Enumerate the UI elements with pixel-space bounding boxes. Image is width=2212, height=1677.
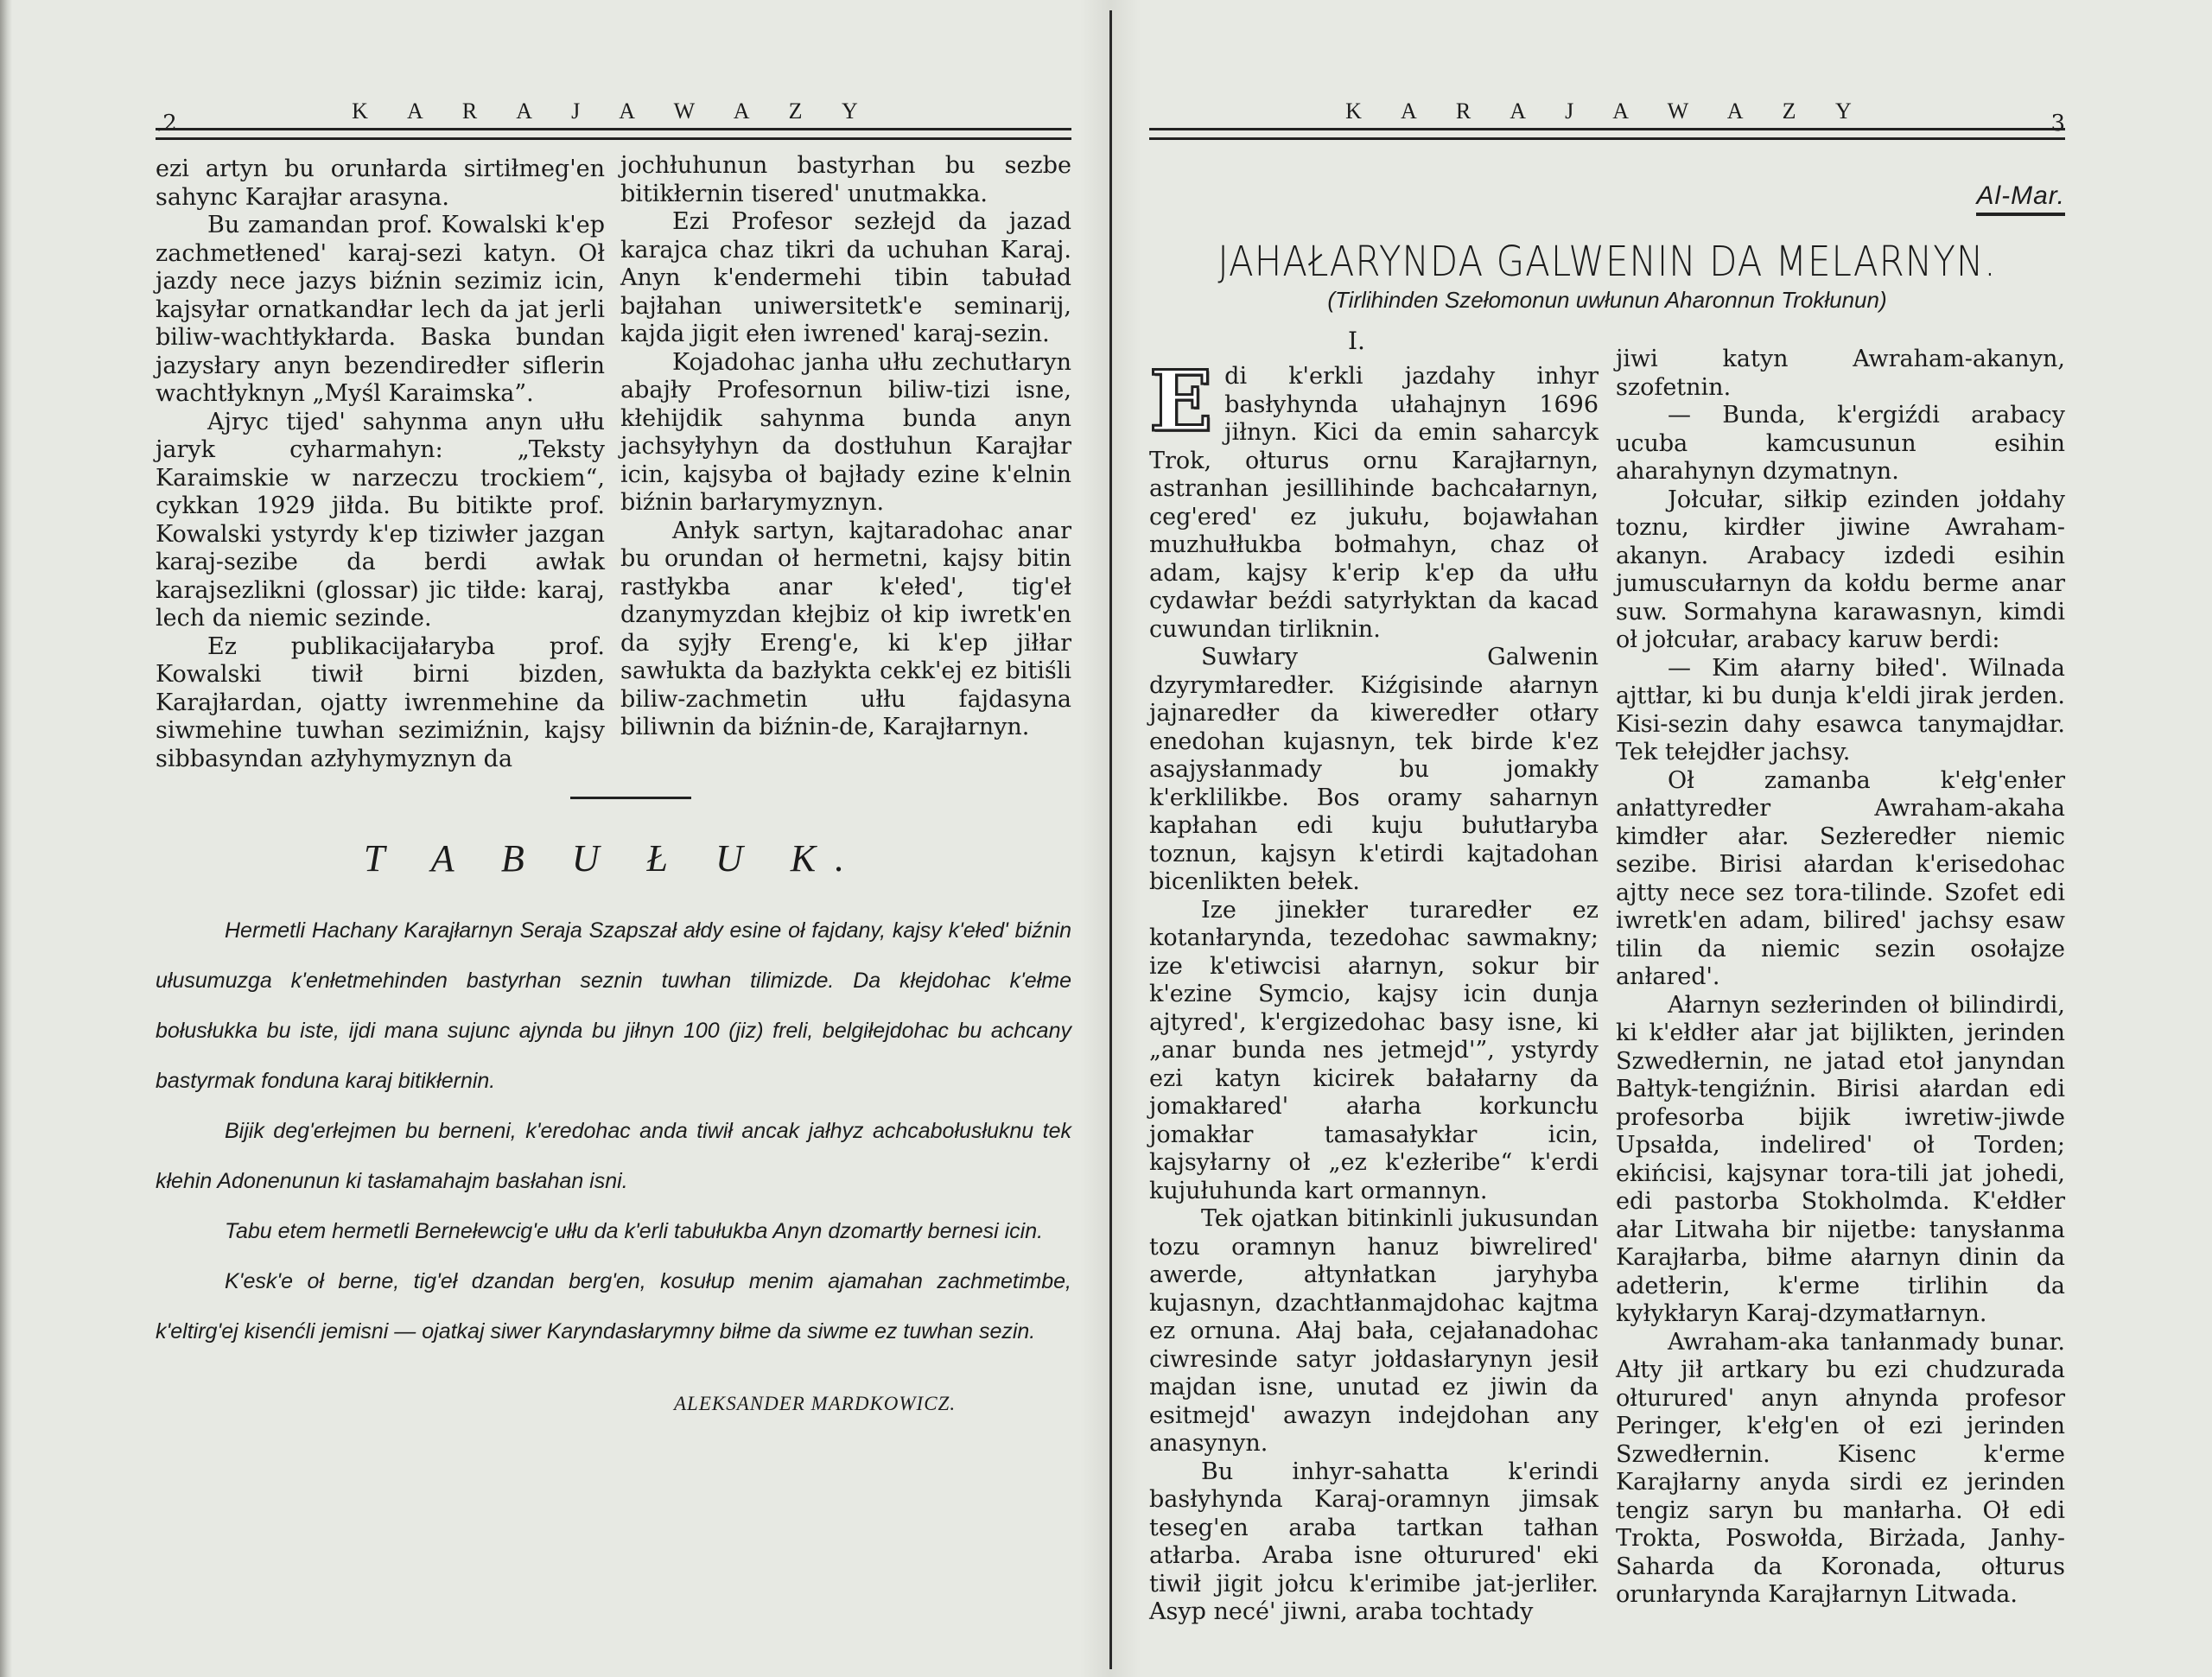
paragraph: Awraham-aka tanłanmady bunar. Ałty jił a… (1616, 1329, 2065, 1610)
paragraph: Edi k'erkli jazdahy inhyr basłyhynda uła… (1149, 363, 1599, 644)
tabuluk-body: Hermetli Hachany Karajłarnyn Seraja Szap… (156, 905, 1071, 1356)
article-title: JAHAŁARYNDA GALWENIN DA MELARNYN. (1149, 237, 2065, 285)
paragraph: Bu inhyr-sahatta k'erindi basłyhynda Kar… (1149, 1458, 1599, 1627)
page-right: K A R A J A W A Z Y 3 Al-Mar. JAHAŁARYND… (1149, 0, 2065, 1677)
header-double-rule (1149, 128, 2065, 140)
column-left-2: jochłuhunun bastyrhan bu sezbe bitikłern… (620, 152, 1071, 742)
paragraph: Jołcułar, siłkip ezinden jołdahy toznu, … (1616, 486, 2065, 655)
paragraph: jiwi katyn Awraham-akanyn, szofetnin. (1616, 346, 2065, 402)
tabuluk-heading: T A B U Ł U K. (156, 836, 1071, 880)
paragraph: Ez publikacijałaryba prof. Kowalski tiwi… (156, 633, 605, 774)
column-right-1: Edi k'erkli jazdahy inhyr basłyhynda uła… (1149, 363, 1599, 1627)
paragraph: Tek ojatkan bitinkinli jukusundan tozu o… (1149, 1205, 1599, 1458)
column-left-1: ezi artyn bu orunłarda sirtiłmeg'en sahy… (156, 156, 605, 773)
paragraph: jochłuhunun bastyrhan bu sezbe bitikłern… (620, 152, 1071, 208)
page-left: .2 K A R A J A W A Z Y ezi artyn bu orun… (156, 0, 1071, 1677)
paragraph: Bu zamandan prof. Kowalski k'ep zachmetł… (156, 212, 605, 409)
paragraph: — Kim ałarny biłed'. Wilnada ajttłar, ki… (1616, 655, 2065, 767)
paragraph: Ałarnyn sezłerinden oł bilindirdi, ki k'… (1616, 992, 2065, 1329)
paragraph: Ezi Profesor sezłejd da jazad karajca ch… (620, 208, 1071, 349)
section-number: I. (1348, 327, 1365, 355)
signature: ALEKSANDER MARDKOWICZ. (674, 1393, 956, 1415)
paragraph: Suwłary Galwenin dzyrymłaredłer. Kiźgisi… (1149, 644, 1599, 897)
page-header: .2 K A R A J A W A Z Y (156, 86, 1071, 138)
magazine-spread: .2 K A R A J A W A Z Y ezi artyn bu orun… (0, 0, 2212, 1677)
tabuluk-paragraph: Hermetli Hachany Karajłarnyn Seraja Szap… (156, 905, 1071, 1106)
tabuluk-paragraph: Tabu etem hermetli Bernełewcig'e ułłu da… (156, 1206, 1071, 1256)
masthead-title: K A R A J A W A Z Y (156, 98, 1071, 124)
masthead-title: K A R A J A W A Z Y (1149, 98, 2065, 124)
page-header: K A R A J A W A Z Y 3 (1149, 86, 2065, 138)
tabuluk-paragraph: Bijik deg'erłejmen bu berneni, k'eredoha… (156, 1106, 1071, 1206)
paragraph: Oł zamanba k'ełg'enłer anłattyredłer Awr… (1616, 767, 2065, 992)
column-right-2: jiwi katyn Awraham-akanyn, szofetnin.— B… (1616, 346, 2065, 1610)
tabuluk-paragraph: K'esk'e oł berne, tig'eł dzandan berg'en… (156, 1256, 1071, 1356)
header-double-rule (156, 128, 1071, 140)
paragraph: Anłyk sartyn, kajtaradohac anar bu orund… (620, 518, 1071, 742)
author-byline: Al-Mar. (1976, 181, 2065, 216)
drop-cap: E (1149, 366, 1212, 437)
spine-line (1109, 10, 1112, 1669)
section-divider (570, 797, 691, 799)
paragraph: Ajryc tijed' sahynma anyn ułłu jaryk cyh… (156, 409, 605, 633)
paragraph: ezi artyn bu orunłarda sirtiłmeg'en sahy… (156, 156, 605, 212)
paragraph: Kojadohac janha ułłu zechutłaryn abajły … (620, 349, 1071, 518)
article-subtitle: (Tirlihinden Szełomonun uwłunun Aharonnu… (1149, 287, 2065, 314)
paragraph: — Bunda, k'ergiźdi arabacy ucuba kamcusu… (1616, 402, 2065, 486)
page-edge-shadow (0, 0, 12, 1677)
paragraph: Ize jinekłer turaredłer ez kotanłarynda,… (1149, 897, 1599, 1206)
